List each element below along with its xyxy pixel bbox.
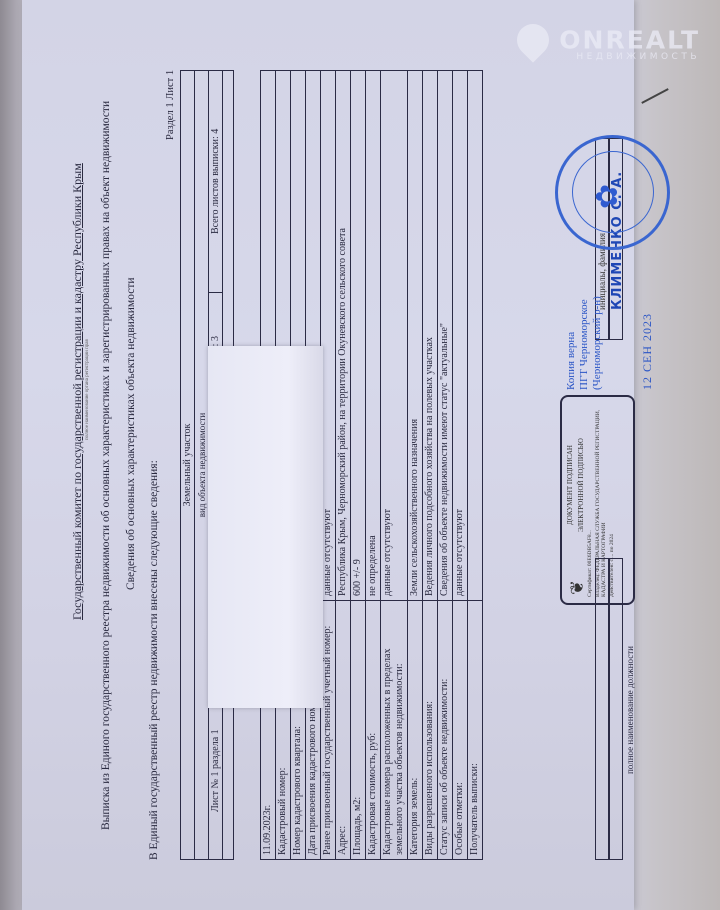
agency-name: Государственный комитет по государственн… [70,163,85,620]
agency-caption: полное наименование органа регистрации п… [85,339,90,440]
document-subtitle: Сведения об основных характеристиках объ… [125,277,137,590]
field-label: Адрес: [336,601,351,860]
position-caption: полное наименование должности [625,560,635,860]
field-label: Особые отметки: [453,601,468,860]
copy-stamp-line: (Черноморский р-н) [591,296,604,390]
field-value: Сведения об объекте недвижимости имеют с… [438,71,453,601]
field-label: Кадастровые номера расположенных в преде… [381,601,408,860]
field-label: Статус записи об объекте недвижимости: [438,601,453,860]
table-row: Кадастровые номера расположенных в преде… [381,71,408,860]
table-row: Площадь, м2:600 +/- 9 [351,71,366,860]
table-row: Получатель выписки: [468,71,483,860]
table-row: Кадастровая стоимость, руб:не определена [366,71,381,860]
table-row: Статус записи об объекте недвижимости:Св… [438,71,453,860]
seal-emblem-icon: ✿ [590,184,625,209]
field-label: Виды разрешенного использования: [423,601,438,860]
watermark: ONREALT НЕДВИЖИМОСТЬ [517,24,700,62]
field-value: данные отсутствуют [453,71,468,601]
watermark-brand: ONREALT [559,26,700,55]
table-row: Виды разрешенного использования:Ведения … [423,71,438,860]
field-value: не определена [366,71,381,601]
coat-of-arms-icon: ❦ [566,573,588,595]
document-title: Выписка из Единого государственного реес… [100,101,112,830]
field-value: Республика Крым, Черноморский район, на … [336,71,351,601]
section-label: Раздел 1 Лист 1 [165,70,176,140]
round-seal: ✿ [555,135,670,250]
esig-subtitle: ЭЛЕКТРОННОЙ ПОДПИСЬЮ [577,403,585,567]
field-value [468,71,483,601]
table-row: Особые отметки:данные отсутствуют [453,71,468,860]
field-label: Категория земель: [408,601,423,860]
field-value: данные отсутствуют [381,71,408,601]
folded-paper-cover [208,346,323,708]
electronic-signature-box: ❦ ДОКУМЕНТ ПОДПИСАН ЭЛЕКТРОННОЙ ПОДПИСЬЮ… [560,395,635,605]
esig-title: ДОКУМЕНТ ПОДПИСАН [566,403,574,567]
esig-cert: Сертификат: 00E6DB5AF8... [587,403,593,597]
esig-owner: Владелец: ФЕДЕРАЛЬНАЯ СЛУЖБА ГОСУДАРСТВЕ… [595,403,607,597]
object-type-caption: вид объекта недвижимости [195,71,209,860]
esig-valid: Действителен: с ... по 2024 [609,403,615,597]
copy-stamp-line: ПГТ Черноморское [578,296,591,390]
sheets-total: Всего листов выписки: 4 [209,71,223,293]
copy-stamp-line: Копия верна [565,296,578,390]
table-row: Категория земель:Земли сельскохозяйствен… [408,71,423,860]
date-stamp: 12 СЕН 2023 [640,313,655,390]
field-value: Ведения личного подсобного хозяйства на … [423,71,438,601]
field-value: Земли сельскохозяйственного назначения [408,71,423,601]
table-row: Адрес:Республика Крым, Черноморский райо… [336,71,351,860]
egrn-extract: Государственный комитет по государственн… [50,0,670,910]
house-pin-icon [511,17,556,62]
field-value: 600 +/- 9 [351,71,366,601]
sheet-number: Лист № 1 раздела 1 [209,682,223,860]
object-type: Земельный участок [181,71,195,860]
field-label: Площадь, м2: [351,601,366,860]
field-label: Кадастровая стоимость, руб: [366,601,381,860]
field-label: Получатель выписки: [468,601,483,860]
copy-stamp: Копия верна ПГТ Черноморское (Черноморск… [565,296,604,390]
document-intro: В Единый государственный реестр недвижим… [148,460,160,860]
